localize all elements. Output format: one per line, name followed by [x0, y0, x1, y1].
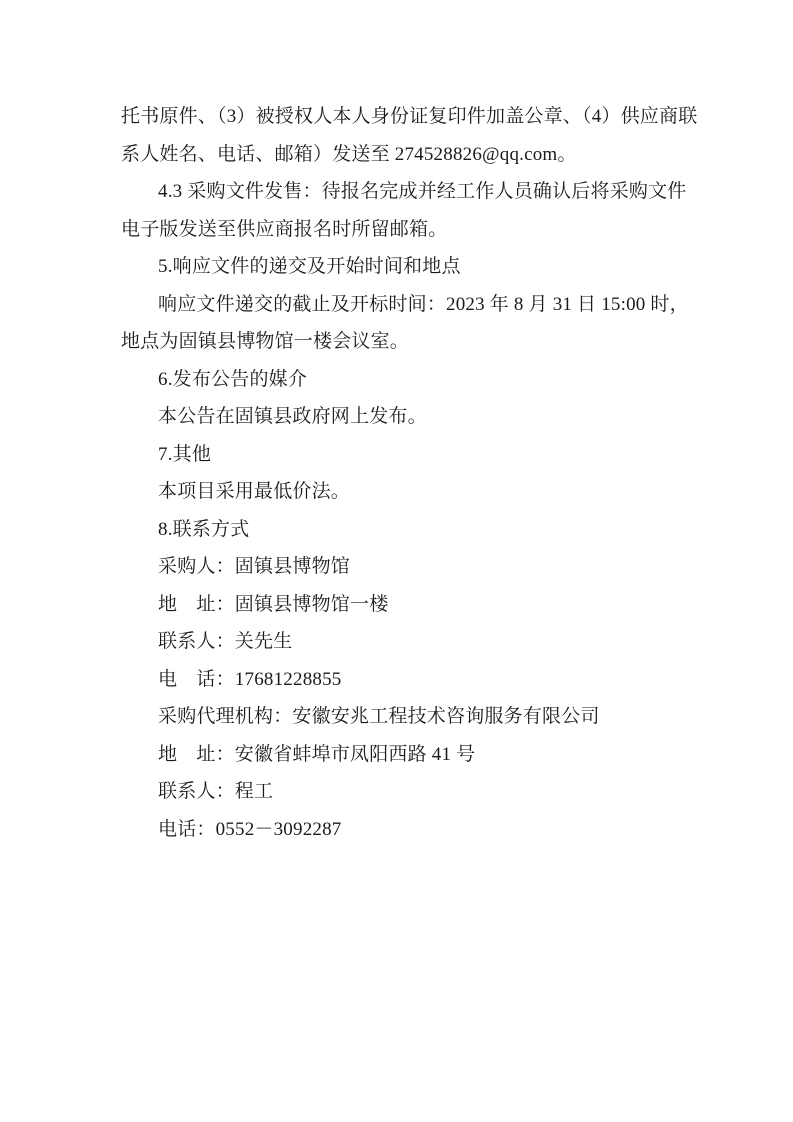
- heading-7-other: 7.其他: [121, 436, 685, 474]
- paragraph-4-3-document-sale: 4.3 采购文件发售：待报名完成并经工作人员确认后将采购文件: [121, 173, 685, 211]
- heading-6-announcement-media: 6.发布公告的媒介: [121, 361, 685, 399]
- contact-purchaser-name: 采购人：固镇县博物馆: [121, 548, 685, 586]
- contact-purchaser-address: 地 址：固镇县博物馆一楼: [121, 586, 685, 624]
- heading-5-submission-time-place: 5.响应文件的递交及开始时间和地点: [121, 248, 685, 286]
- paragraph-lowest-price-method: 本项目采用最低价法。: [121, 473, 685, 511]
- contact-agency-phone: 电话：0552－3092287: [121, 811, 685, 849]
- contact-purchaser-phone: 电 话：17681228855: [121, 661, 685, 699]
- document-page: 托书原件、（3）被授权人本人身份证复印件加盖公章、（4）供应商联 系人姓名、电话…: [0, 0, 793, 1122]
- heading-8-contact-info: 8.联系方式: [121, 511, 685, 549]
- text-line-wrapped: 地点为固镇县博物馆一楼会议室。: [121, 323, 685, 361]
- contact-agency-address: 地 址：安徽省蚌埠市凤阳西路 41 号: [121, 736, 685, 774]
- paragraph-deadline: 响应文件递交的截止及开标时间：2023 年 8 月 31 日 15:00 时，: [121, 286, 685, 324]
- text-line-wrapped-email: 系人姓名、电话、邮箱）发送至 274528826@qq.com。: [121, 136, 685, 174]
- paragraph-announcement-site: 本公告在固镇县政府网上发布。: [121, 398, 685, 436]
- contact-agency-person: 联系人：程工: [121, 773, 685, 811]
- document-body: 托书原件、（3）被授权人本人身份证复印件加盖公章、（4）供应商联 系人姓名、电话…: [121, 98, 685, 848]
- contact-purchaser-person: 联系人：关先生: [121, 623, 685, 661]
- contact-agency-name: 采购代理机构：安徽安兆工程技术咨询服务有限公司: [121, 698, 685, 736]
- text-line-wrapped: 电子版发送至供应商报名时所留邮箱。: [121, 211, 685, 249]
- text-line-wrapped: 托书原件、（3）被授权人本人身份证复印件加盖公章、（4）供应商联: [121, 98, 685, 136]
